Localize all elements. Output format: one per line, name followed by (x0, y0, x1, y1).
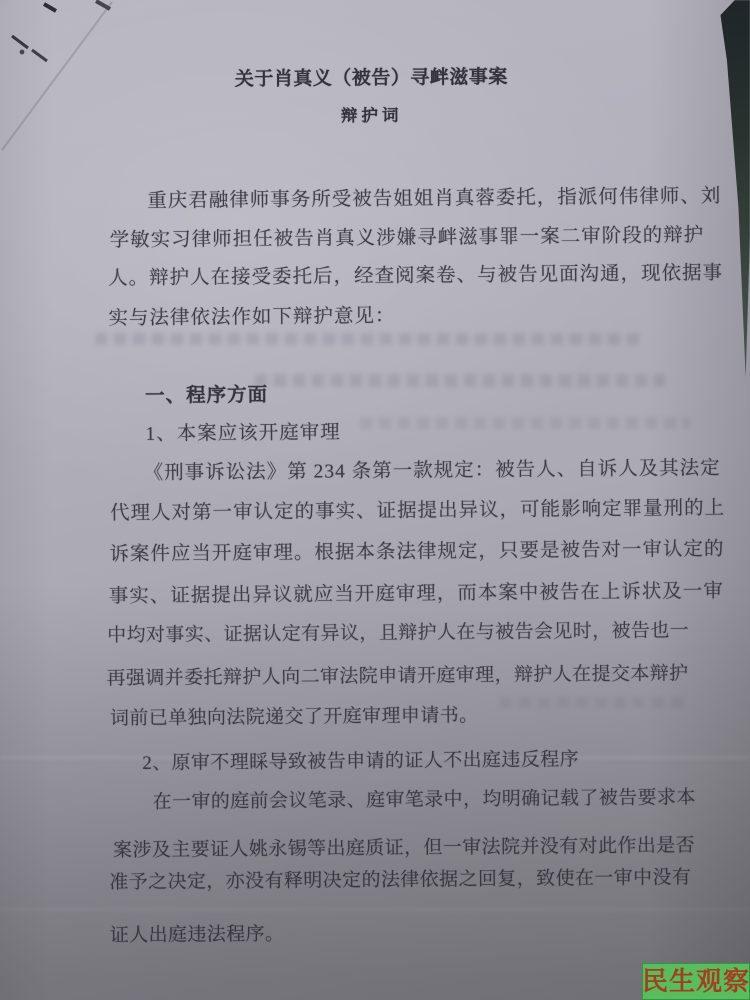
body-line: 人。辩护人在接受委托后，经查阅案卷、与被告见面沟通，现依据事 (108, 262, 723, 291)
body-line: 再强调并委托辩护人向二审法院申请开庭审理，辩护人在提交本辩护 (106, 663, 688, 691)
page-subtitle: 辩护词 (0, 103, 747, 129)
body-line: 代理人对第一审认定的事实、证据提出异议，可能影响定罪量刑的上 (110, 497, 725, 526)
body-line: 重庆君融律师事务所受被告姐姐肖真蓉委托，指派何伟律师、刘 (147, 185, 721, 213)
body-line: 实与法律依法作如下辩护意见： (108, 305, 395, 331)
document-text: 关于肖真义（被告）寻衅滋事案 辩护词 重庆君融律师事务所受被告姐姐肖真蓉委托，指… (0, 0, 750, 1000)
subsection-heading: 2、原审不理睬导致被告申请的证人不出庭违反程序 (142, 749, 579, 776)
body-line: 学敏实习律师担任被告肖真义涉嫌寻衅滋事罪一案二审阶段的辩护 (110, 224, 705, 253)
body-line: 《刑事诉讼法》第 234 条第一款规定：被告人、自诉人及其法定 (144, 457, 721, 485)
document-photo: 关于肖真义（被告）寻衅滋事案 辩护词 重庆君融律师事务所受被告姐姐肖真蓉委托，指… (0, 0, 750, 1000)
page-title: 关于肖真义（被告）寻衅滋事案 (0, 65, 746, 94)
watermark-badge: 民生观察 (642, 963, 750, 1000)
section-heading: 一、程序方面 (145, 384, 268, 408)
body-line: 准予之决定，亦没有释明决定的法律依据之回复，致使在一审中没有 (109, 867, 691, 895)
body-line: 在一审的庭前会议笔录、庭审笔录中，均明确记载了被告要求本 (153, 787, 696, 815)
body-line: 诉案件应当开庭审理。根据本条法律规定，只要是被告对一审认定的 (109, 538, 724, 567)
subsection-heading: 1、本案应该开庭审理 (145, 421, 340, 446)
body-line: 词前已单独向法院递交了开庭审理申请书。 (110, 705, 479, 731)
body-line: 事实、证据提出异议就应当开庭审理，而本案中被告在上诉状及一审 (109, 580, 724, 609)
body-line: 案涉及主要证人姚永锡等出庭质证，但一审法院并没有对此作出是否 (113, 835, 695, 863)
body-line: 中均对事实、证据认定有异议，且辩护人在与被告会见时，被告也一 (107, 620, 689, 648)
body-line: 证人出庭违法程序。 (110, 924, 285, 948)
watermark-text: 民生观察 (642, 969, 750, 995)
